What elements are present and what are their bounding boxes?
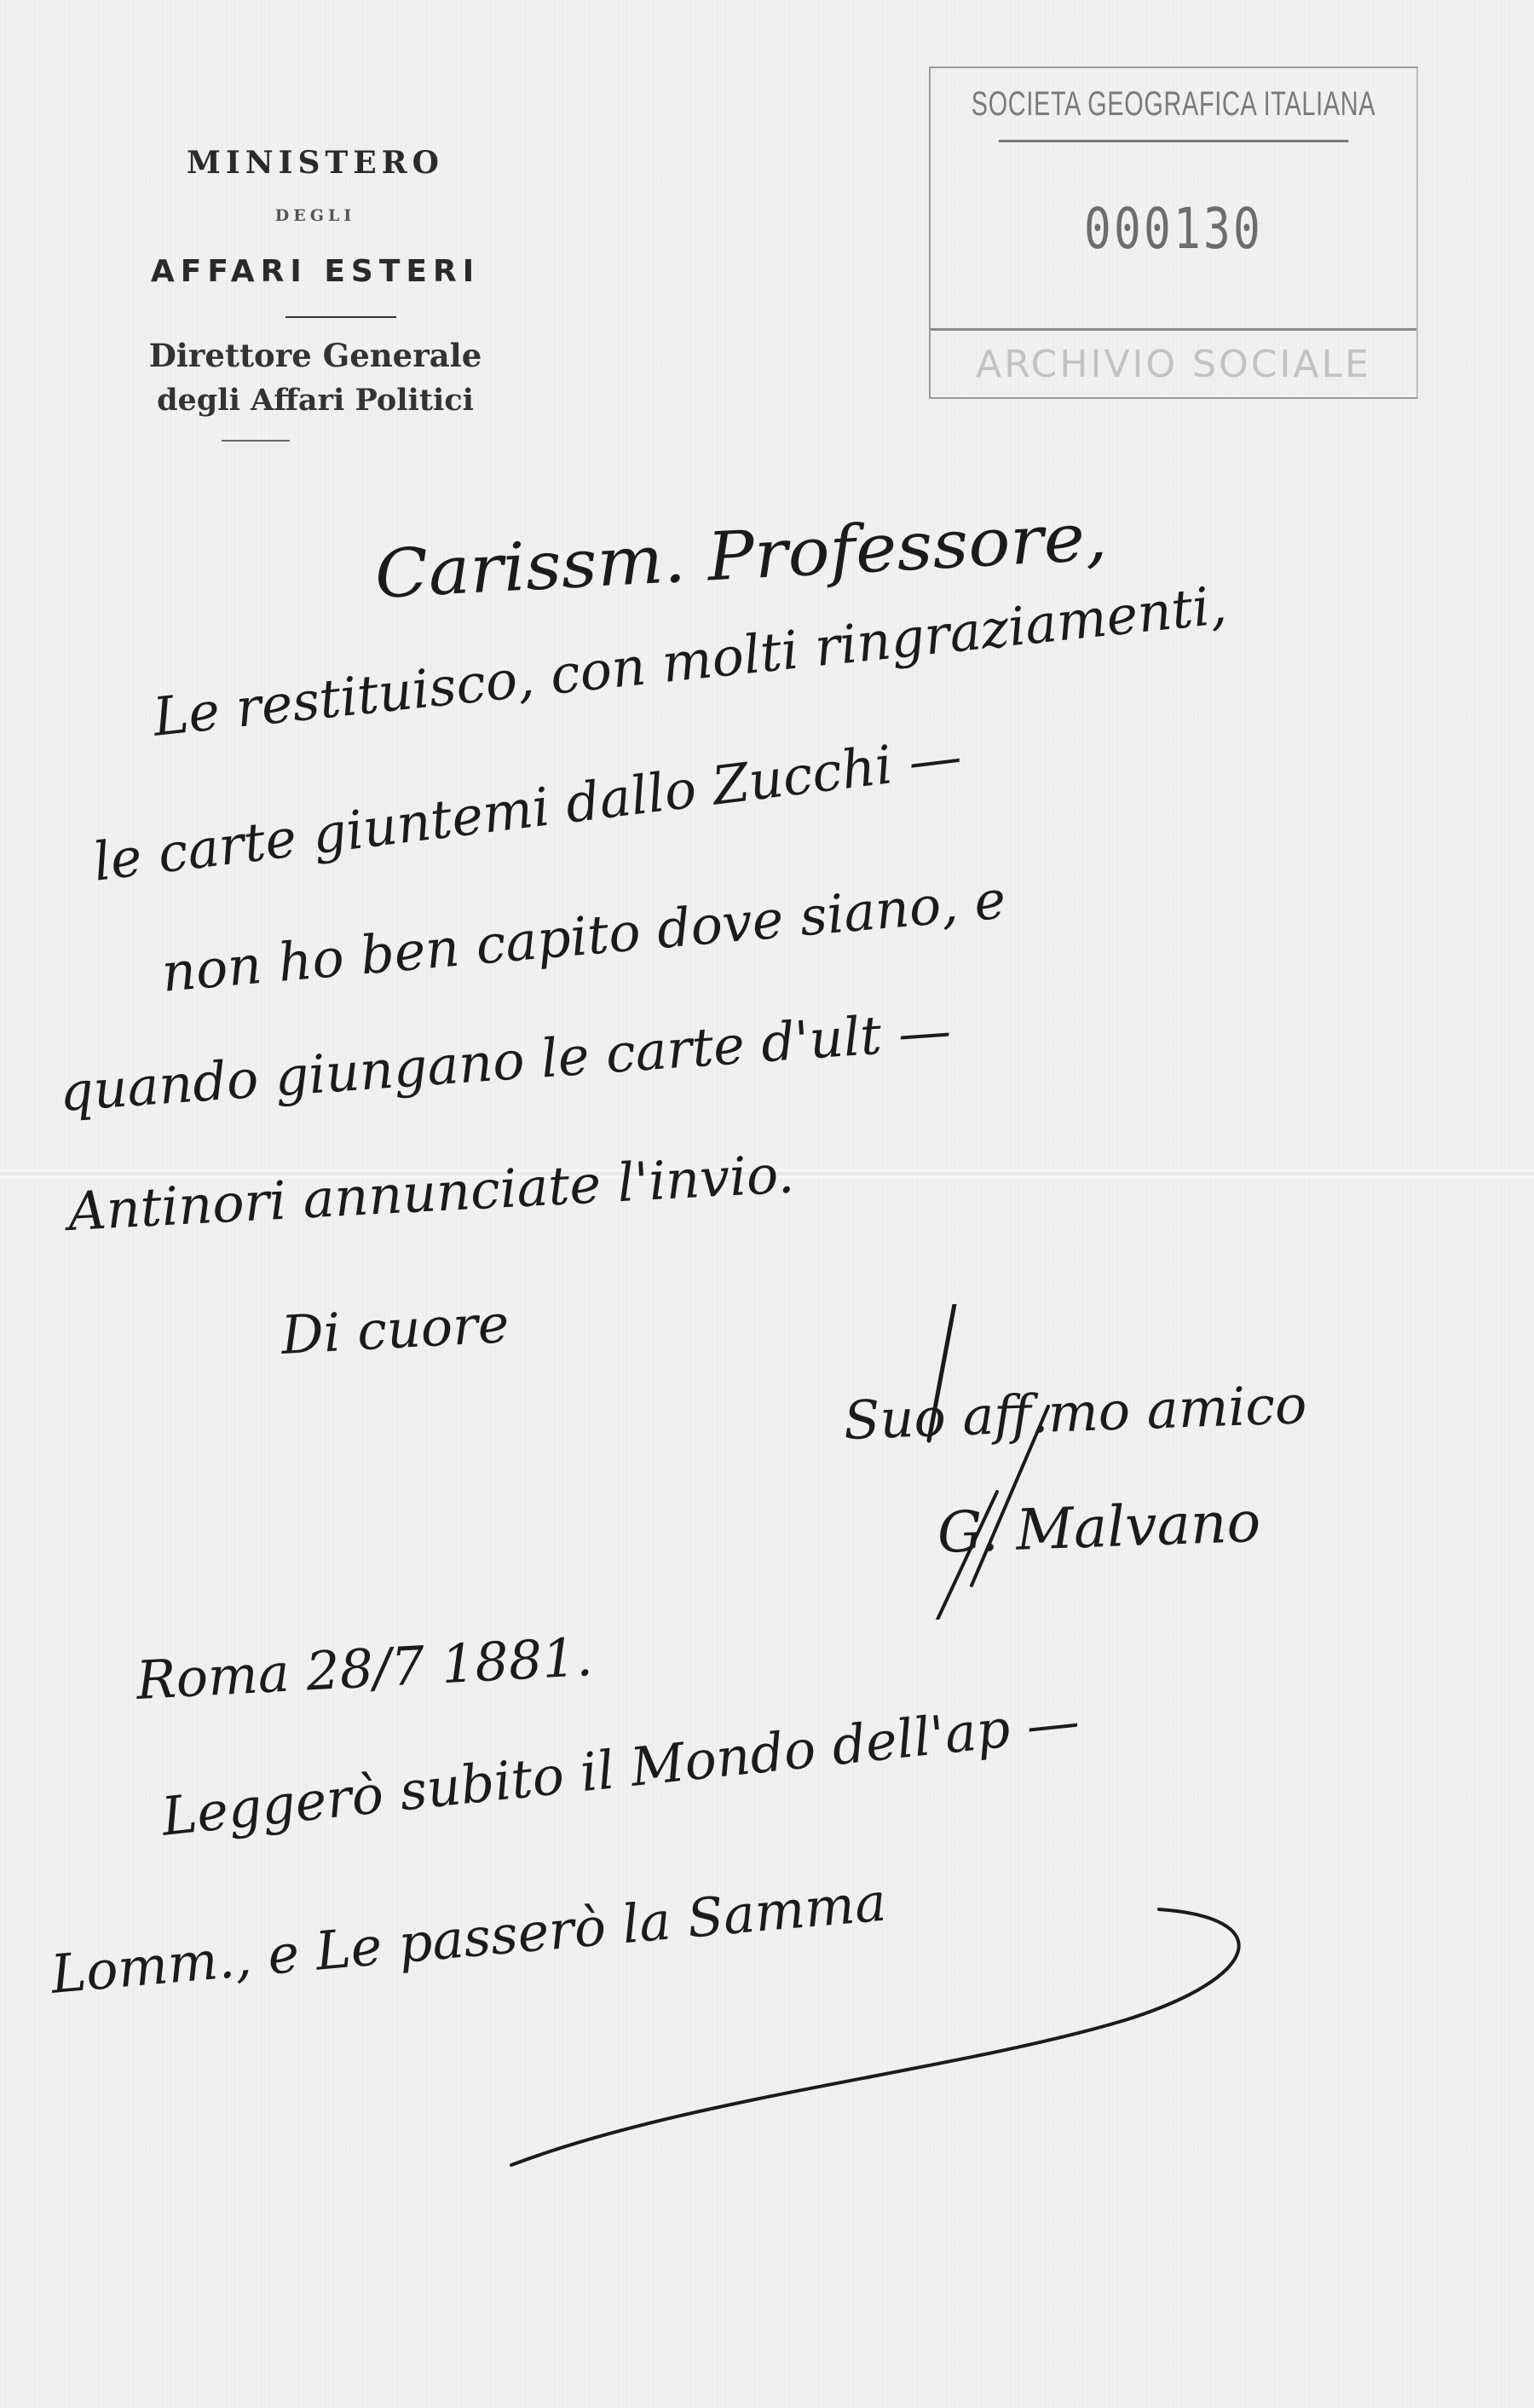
- letterhead-ministry: MINISTERO: [94, 145, 537, 181]
- stamp-society-name: SOCIETA GEOGRAFICA ITALIANA: [999, 68, 1348, 142]
- letter-body-line: le carte giuntemi dallo Zucchi —: [90, 725, 966, 892]
- stamp-archive-label: ARCHIVIO SOCIALE: [931, 328, 1416, 397]
- letterhead-divider-bottom: [222, 440, 290, 442]
- letter-body-line: non ho ben capito dove siano, e: [159, 869, 1008, 1004]
- stamp-archive-number: 000130: [979, 196, 1368, 262]
- letter-body-line: Le restituisco, con molti ringraziamenti…: [150, 574, 1229, 748]
- archive-stamp: SOCIETA GEOGRAFICA ITALIANA 000130 ARCHI…: [929, 66, 1418, 399]
- letter-postscript-line: Leggerò subito il Mondo dell'ap —: [159, 1689, 1082, 1848]
- signature-stroke-icon: [920, 1304, 1091, 1620]
- letter-closing: Di cuore: [280, 1292, 510, 1366]
- letterhead-foreign-affairs: AFFARI ESTERI: [94, 254, 537, 289]
- letterhead-political-affairs: degli Affari Politici: [94, 383, 537, 418]
- letterhead: MINISTERO DEGLI AFFARI ESTERI Direttore …: [94, 136, 537, 442]
- letterhead-degli: DEGLI: [94, 206, 537, 225]
- letter-body-line: quando giungano le carte d'ult —: [57, 999, 953, 1123]
- signature-flourish-icon: [477, 1884, 1295, 2174]
- letter-date: Roma 28/7 1881.: [135, 1626, 594, 1712]
- letter-body-line: Antinori annunciate l'invio.: [66, 1142, 795, 1243]
- letterhead-divider: [285, 316, 396, 318]
- letterhead-director-general: Direttore Generale: [94, 337, 537, 374]
